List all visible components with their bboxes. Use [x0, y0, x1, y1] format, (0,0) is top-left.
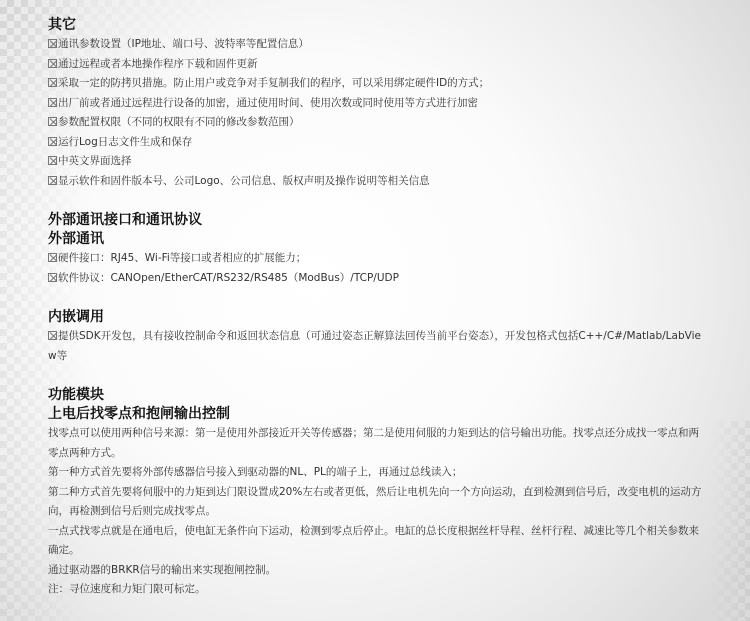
section-title-external: 外部通讯接口和通讯协议 — [48, 211, 708, 230]
list-item: 显示软件和固件版本号、公司Logo、公司信息、版权声明及操作说明等相关信息 — [48, 172, 708, 192]
section-subtitle-function: 上电后找零点和抱闸输出控制 — [48, 405, 708, 424]
checkbox-x-icon — [48, 98, 57, 107]
list-item: 提供SDK开发包，具有接收控制命令和返回状态信息（可通过姿态正解算法回传当前平台… — [48, 327, 703, 366]
checkbox-x-icon — [48, 331, 57, 340]
paragraph: 一点式找零点就是在通电后，使电缸无条件向下运动，检测到零点后停止。电缸的总长度根… — [48, 522, 703, 561]
checkbox-x-icon — [48, 59, 57, 68]
paragraph: 通过驱动器的BRKR信号的输出来实现抱闸控制。 — [48, 561, 703, 581]
paragraph: 找零点可以使用两种信号来源：第一是使用外部接近开关等传感器；第二是使用伺服的力矩… — [48, 424, 703, 463]
checkbox-x-icon — [48, 78, 57, 87]
section-function-module: 功能模块 上电后找零点和抱闸输出控制 找零点可以使用两种信号来源：第一是使用外部… — [48, 386, 708, 600]
section-title-embedded: 内嵌调用 — [48, 308, 708, 327]
section-subtitle-external: 外部通讯 — [48, 230, 708, 249]
section-external-communication: 外部通讯接口和通讯协议 外部通讯 硬件接口：RJ45、Wi-Fi等接口或者相应的… — [48, 211, 708, 288]
paragraph: 第二种方式首先要将伺服中的力矩到达门限设置成20%左右或者更低，然后让电机先向一… — [48, 483, 703, 522]
checkbox-x-icon — [48, 117, 57, 126]
section-other: 其它 通讯参数设置（IP地址、端口号、波特率等配置信息） 通过远程或者本地操作程… — [48, 16, 708, 191]
checkbox-x-icon — [48, 273, 57, 282]
list-item: 出厂前或者通过远程进行设备的加密，通过使用时间、使用次数或同时使用等方式进行加密 — [48, 94, 708, 114]
list-item: 运行Log日志文件生成和保存 — [48, 133, 708, 153]
section-title-function: 功能模块 — [48, 386, 708, 405]
list-item: 中英文界面选择 — [48, 152, 708, 172]
list-item: 硬件接口：RJ45、Wi-Fi等接口或者相应的扩展能力； — [48, 249, 708, 269]
checkbox-x-icon — [48, 137, 57, 146]
list-item: 采取一定的防拷贝措施。防止用户或竞争对手复制我们的程序，可以采用绑定硬件ID的方… — [48, 74, 708, 94]
paragraph: 第一种方式首先要将外部传感器信号接入到驱动器的NL、PL的端子上，再通过总线读入… — [48, 463, 703, 483]
background-pattern-bottom-right — [710, 421, 750, 621]
list-item: 通过远程或者本地操作程序下载和固件更新 — [48, 55, 708, 75]
paragraph: 注：寻位速度和力矩门限可标定。 — [48, 580, 703, 600]
list-item: 软件协议：CANOpen/EtherCAT/RS232/RS485（ModBus… — [48, 269, 708, 289]
section-embedded: 内嵌调用 提供SDK开发包，具有接收控制命令和返回状态信息（可通过姿态正解算法回… — [48, 308, 708, 366]
checkbox-x-icon — [48, 156, 57, 165]
list-item: 参数配置权限（不同的权限有不同的修改参数范围） — [48, 113, 708, 133]
checkbox-x-icon — [48, 253, 57, 262]
checkbox-x-icon — [48, 39, 57, 48]
checkbox-x-icon — [48, 176, 57, 185]
section-title-other: 其它 — [48, 16, 708, 35]
list-item: 通讯参数设置（IP地址、端口号、波特率等配置信息） — [48, 35, 708, 55]
